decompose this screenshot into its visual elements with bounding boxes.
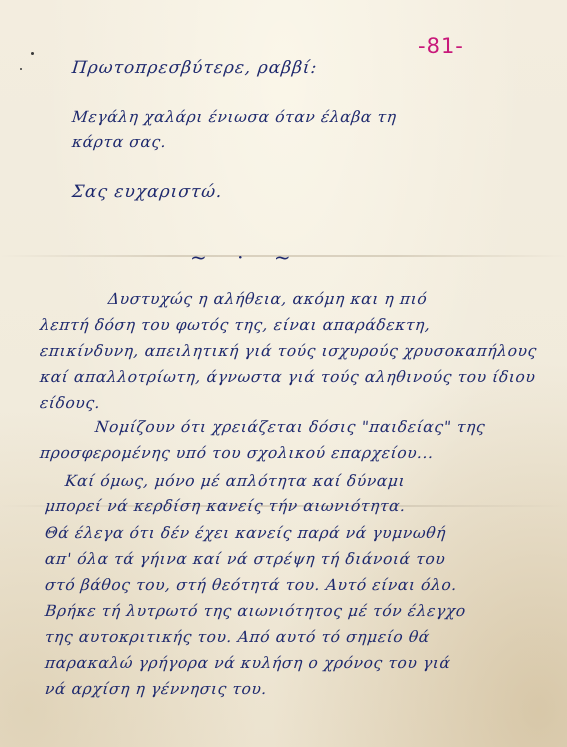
salutation: Πρωτοπρεσβύτερε, ραββί: (71, 58, 318, 78)
body-line: επικίνδυνη, απειλητική γιά τούς ισχυρούς… (39, 342, 538, 360)
body-line: παρακαλώ γρήγορα νά κυλήση ο χρόνος του … (44, 654, 452, 672)
body-line: καί απαλλοτρίωτη, άγνωστα γιά τούς αληθι… (39, 368, 536, 386)
body-line: της αυτοκριτικής του. Από αυτό τό σημείο… (44, 628, 431, 646)
paper-speck (31, 52, 34, 55)
body-line: απ' όλα τά γήινα καί νά στρέψη τή διάνοι… (44, 550, 446, 568)
body-line: στό βάθος του, στή θεότητά του. Αυτό είν… (44, 576, 458, 594)
body-line: Καί όμως, μόνο μέ απλότητα καί δύναμι (64, 472, 406, 490)
section-divider: ~ · ~ (190, 245, 303, 269)
body-line: προσφερομένης υπό του σχολικού επαρχείου… (39, 444, 435, 462)
body-line: είδους. (39, 394, 101, 412)
body-line: νά αρχίση η γέννησις του. (44, 680, 268, 698)
body-line: Νομίζουν ότι χρειάζεται δόσις "παιδείας"… (94, 418, 486, 436)
opening-line: κάρτα σας. (71, 133, 167, 151)
thanks-line: Σας ευχαριστώ. (71, 182, 224, 202)
paper-speck (20, 68, 22, 70)
letter-page: -81- Πρωτοπρεσβύτερε, ραββί: Μεγάλη χαλά… (0, 0, 567, 747)
opening-line: Μεγάλη χαλάρι ένιωσα όταν έλαβα τη (71, 108, 398, 126)
body-line: μπορεί νά κερδίση κανείς τήν αιωνιότητα. (44, 497, 407, 515)
body-line: Βρήκε τή λυτρωτό της αιωνιότητος μέ τόν … (44, 602, 467, 620)
page-number: -81- (418, 34, 464, 58)
body-line: Δυστυχώς η αλήθεια, ακόμη και η πιό (107, 290, 428, 308)
body-line: Θά έλεγα ότι δέν έχει κανείς παρά νά γυμ… (44, 524, 447, 542)
body-line: λεπτή δόση του φωτός της, είναι απαράδεκ… (39, 316, 432, 334)
